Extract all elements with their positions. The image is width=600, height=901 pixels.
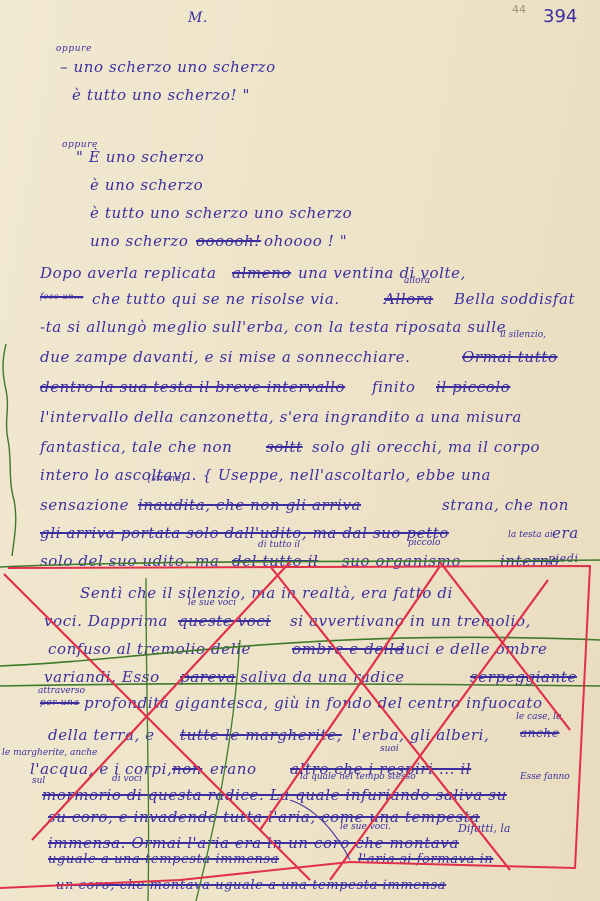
insertion: suoi [380,744,399,754]
text-line: solo del suo udito, ma [40,552,220,570]
insertion: [strana] [148,474,184,484]
struck-text: l'aria si formava in [358,852,493,867]
struck-text: almeno [232,264,291,282]
struck-text: gli arriva portata solo dall'udito, ma d… [40,524,449,542]
insertion: il silenzio, [500,330,546,340]
insertion: sul [32,776,45,786]
page-number-pencil: 44 [512,3,526,16]
green-bracket-mark [3,344,16,556]
text-line: sensazione [40,496,129,514]
insertion: di voci [112,774,142,784]
struck-text: dentro la sua testa il breve intervallo [40,378,345,396]
insertion: le sue voci [188,598,236,608]
insertion: le case, le [516,712,561,722]
text-line: oppure [56,44,92,54]
text-line: della terra, e [48,726,155,744]
struck-text: uguale a una tempesta immensa [48,852,279,867]
text-line: voci. Dapprima [44,612,168,630]
struck-text: per una [40,698,79,708]
manuscript-page: M. 44 394 oppure – uno scherzo uno scher… [0,0,600,901]
insertion: la testa ai [508,530,553,540]
struck-text: del tutto il [232,552,318,570]
text-line: due zampe davanti, e si mise a sonnecchi… [40,348,411,366]
text-line: intero lo ascoltava. { Useppe, nell'asco… [40,466,491,484]
text-line: è tutto uno scherzo! " [72,86,250,104]
struck-text: non [172,760,202,778]
text-line: Bella soddisfat [454,290,575,308]
struck-text: oooooh! [196,232,261,250]
text-line: – uno scherzo uno scherzo [60,58,276,76]
text-line: una ventina di volte, [298,264,466,282]
text-line: confuso al tremolio delle [48,640,251,658]
struck-text: soltt [266,438,303,456]
text-line: variandi. Esso [44,668,160,686]
insertion: di tutto il [258,540,300,550]
struck-text: Ormai tutto [462,348,558,366]
insertion: allora [404,276,430,286]
text-line: suo organismo [342,552,461,570]
struck-text: immensa. Ormai l'aria era in un coro che… [48,834,459,852]
text-line: l'intervallo della canzonetta, s'era ing… [40,408,522,426]
text-line: si avvertivano in un tremolio, [290,612,531,630]
text-line: era [552,524,579,542]
insertion: Esse fanno [520,772,570,782]
text-line: uno scherzo [90,232,188,250]
text-line: fantastica, tale che non [40,438,232,456]
struck-text: il piccolo [436,378,510,396]
struck-text: mormorio di questa radice. La quale infu… [42,786,507,804]
text-line: Sentì che il silenzio, ma in realtà, era… [80,584,453,602]
initials: M. [188,10,208,26]
text-line: piedi [548,552,579,565]
text-line: luci e delle ombre [400,640,548,658]
text-line: Dopo averla replicata [40,264,217,282]
text-line: finito [372,378,415,396]
insertion: le sue voci. [340,822,391,832]
text-line: è uno scherzo [90,176,203,194]
text-line: profondità gigantesca, giù in fondo del … [84,694,543,712]
struck-text: un coro, che montava uguale a una tempes… [56,878,446,893]
text-line: erano [210,760,257,778]
text-line: che tutto qui se ne risolse via. [92,290,340,308]
struck-text: queste voci [178,612,271,630]
struck-text: anche [520,726,559,740]
struck-text: Allora [384,290,433,308]
struck-text: pareva [180,668,236,686]
text-line: strana, che non [442,496,569,514]
insertion: attraverso [38,686,85,696]
text-line: è tutto uno scherzo uno scherzo [90,204,352,222]
insertion: Difatti, la [458,822,510,835]
struck-text: inaudita, che non gli arriva [138,496,361,514]
struck-text: tutte le margherite, [180,726,342,744]
text-line: l'erba, gli alberi, [352,726,489,744]
struck-text: serpeggiante [470,668,577,686]
insertion: piccolo [408,538,440,548]
insertion: le margherite, anche [2,748,97,758]
struck-text: ombre e delle [292,640,404,658]
page-number: 394 [543,6,577,27]
struck-text: fece un... [40,292,83,301]
text-line: saliva da una radice [240,668,405,686]
insertion: la quale nel tempo stesso [300,772,416,782]
text-line: ohoooo ! " [264,232,347,250]
text-line: l'acqua, e i corpi, [30,760,172,778]
struck-text: su coro, e invadendo tutta l'aria, come … [48,808,480,826]
text-line: solo gli orecchi, ma il corpo [312,438,540,456]
text-line: " È uno scherzo [76,148,204,166]
text-line: -ta si allungò meglio sull'erba, con la … [40,318,506,336]
